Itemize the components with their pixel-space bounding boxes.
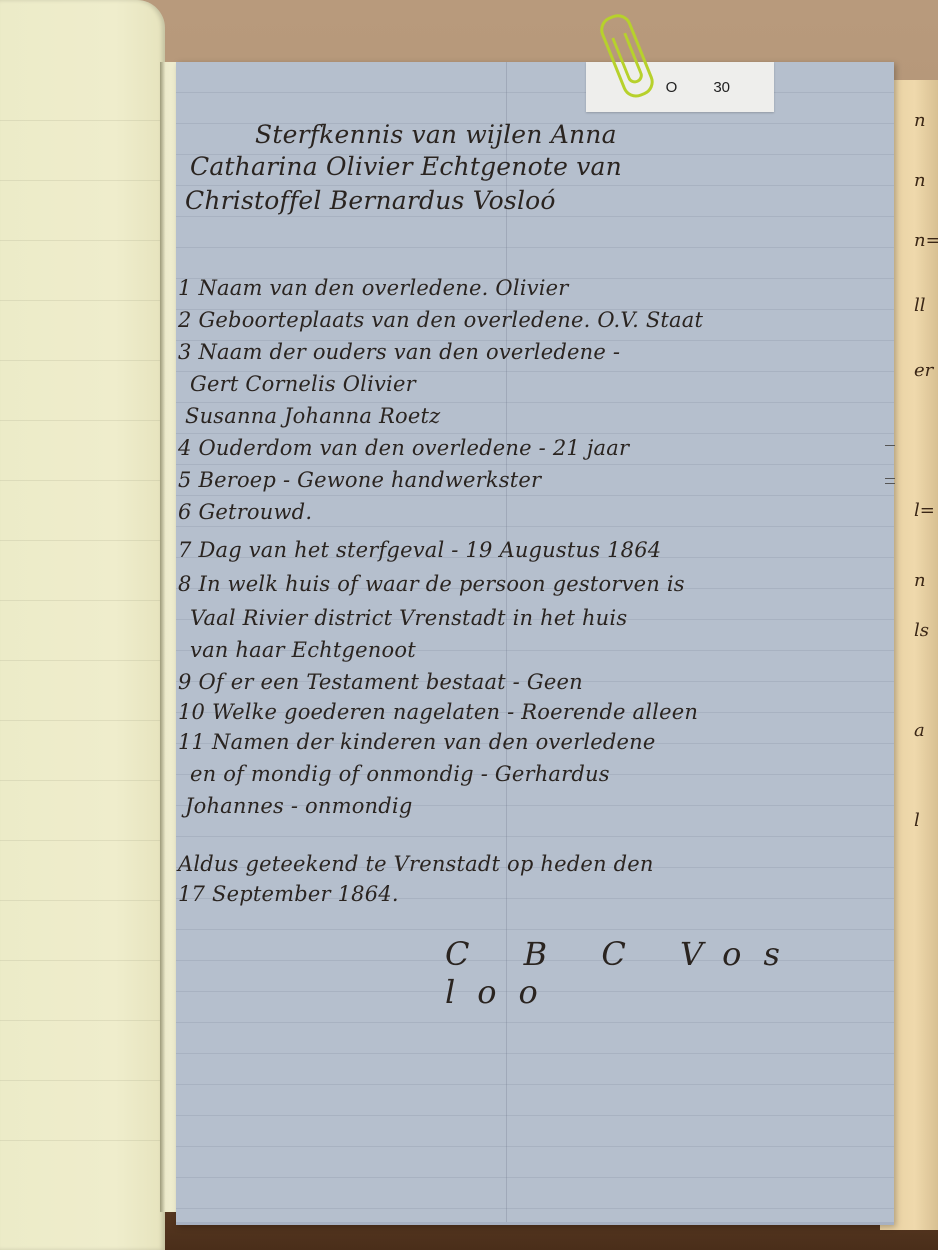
fold-line <box>506 62 507 1222</box>
entry-text: Naam der ouders van den overledene - <box>198 340 620 364</box>
entry-text: Of er een Testament bestaat - Geen <box>198 670 582 694</box>
entry-2-birthplace: 2 Geboorteplaats van den overledene. O.V… <box>178 308 703 332</box>
edge-mark: ls <box>914 620 929 641</box>
entry-6-married: 6 Getrouwd. <box>178 500 312 524</box>
entry-5-occupation: 5 Beroep - Gewone handwerkster <box>178 468 541 492</box>
entry-9-testament: 9 Of er een Testament bestaat - Geen <box>178 670 583 694</box>
edge-mark: ll <box>914 295 926 316</box>
edge-mark: n= <box>914 230 938 251</box>
page-rule <box>0 180 160 181</box>
entry-text: Getrouwd. <box>198 500 312 524</box>
page-rule <box>0 900 160 901</box>
margin-tick <box>885 478 895 479</box>
edge-mark: l <box>914 810 920 831</box>
entry-3-parents: 3 Naam der ouders van den overledene - <box>178 340 620 364</box>
entry-text: Welke goederen nagelaten - Roerende alle… <box>212 700 698 724</box>
archive-label-number: 30 <box>713 79 730 96</box>
entry-number: 7 <box>178 538 192 562</box>
page-rule <box>0 360 160 361</box>
page-rule <box>0 120 160 121</box>
archive-label: O 30 <box>586 62 774 112</box>
entry-number: 11 <box>178 730 205 754</box>
entry-11-children-line-3: Johannes - onmondig <box>185 794 412 818</box>
entry-text: Naam van den overledene. Olivier <box>198 276 568 300</box>
entry-text: In welk huis of waar de persoon gestorve… <box>198 572 684 596</box>
left-blank-page <box>0 0 165 1250</box>
entry-number: 4 <box>178 436 192 460</box>
page-rule <box>0 420 160 421</box>
page-rule <box>0 1080 160 1081</box>
entry-number: 9 <box>178 670 192 694</box>
entry-8-place-of-death: 8 In welk huis of waar de persoon gestor… <box>178 572 685 596</box>
entry-8-place-line-3: van haar Echtgenoot <box>190 638 416 662</box>
page-rule <box>0 480 160 481</box>
entry-3-father: Gert Cornelis Olivier <box>190 372 416 396</box>
entry-1-name: 1 Naam van den overledene. Olivier <box>178 276 569 300</box>
margin-tick <box>885 445 895 446</box>
edge-mark: l= <box>914 500 935 521</box>
title-line-1: Sterfkennis van wijlen Anna <box>255 120 617 149</box>
page-rule <box>0 540 160 541</box>
entry-number: 6 <box>178 500 192 524</box>
title-line-3: Christoffel Bernardus Vosloó <box>185 186 556 215</box>
entry-text: Ouderdom van den overledene - 21 jaar <box>198 436 629 460</box>
page-rule <box>0 960 160 961</box>
entry-text: Namen der kinderen van den overledene <box>212 730 656 754</box>
entry-number: 2 <box>178 308 192 332</box>
signature: C B C Vos loo <box>445 935 938 1011</box>
entry-text: Beroep - Gewone handwerkster <box>198 468 541 492</box>
edge-mark: n <box>914 170 926 191</box>
edge-mark: n <box>914 110 926 131</box>
edge-mark: a <box>914 720 925 741</box>
archive-label-letter: O <box>666 79 678 96</box>
entry-number: 8 <box>178 572 192 596</box>
title-line-2: Catharina Olivier Echtgenote van <box>190 152 622 181</box>
page-rule <box>0 300 160 301</box>
entry-3-mother: Susanna Johanna Roetz <box>185 404 440 428</box>
entry-8-place-line-2: Vaal Rivier district Vrenstadt in het hu… <box>190 606 627 630</box>
entry-11-children: 11 Namen der kinderen van den overledene <box>178 730 656 754</box>
page-rule <box>0 600 160 601</box>
entry-number: 5 <box>178 468 192 492</box>
edge-mark: n <box>914 570 926 591</box>
entry-number: 10 <box>178 700 205 724</box>
page-rule <box>0 660 160 661</box>
edge-mark: er <box>914 360 933 381</box>
page-rule <box>0 780 160 781</box>
margin-tick <box>885 483 895 484</box>
page-rule <box>0 720 160 721</box>
page-rule <box>0 240 160 241</box>
entry-number: 1 <box>178 276 192 300</box>
closing-line-2: 17 September 1864. <box>178 882 399 906</box>
page-rule <box>0 840 160 841</box>
entry-number: 3 <box>178 340 192 364</box>
entry-10-estate: 10 Welke goederen nagelaten - Roerende a… <box>178 700 698 724</box>
page-rule <box>0 1140 160 1141</box>
closing-line-1: Aldus geteekend te Vrenstadt op heden de… <box>178 852 654 876</box>
entry-text: Dag van het sterfgeval - 19 Augustus 186… <box>198 538 661 562</box>
page-rule <box>0 1020 160 1021</box>
entry-4-age: 4 Ouderdom van den overledene - 21 jaar <box>178 436 629 460</box>
entry-text: Geboorteplaats van den overledene. O.V. … <box>198 308 703 332</box>
entry-7-date-of-death: 7 Dag van het sterfgeval - 19 Augustus 1… <box>178 538 661 562</box>
entry-11-children-line-2: en of mondig of onmondig - Gerhardus <box>190 762 610 786</box>
